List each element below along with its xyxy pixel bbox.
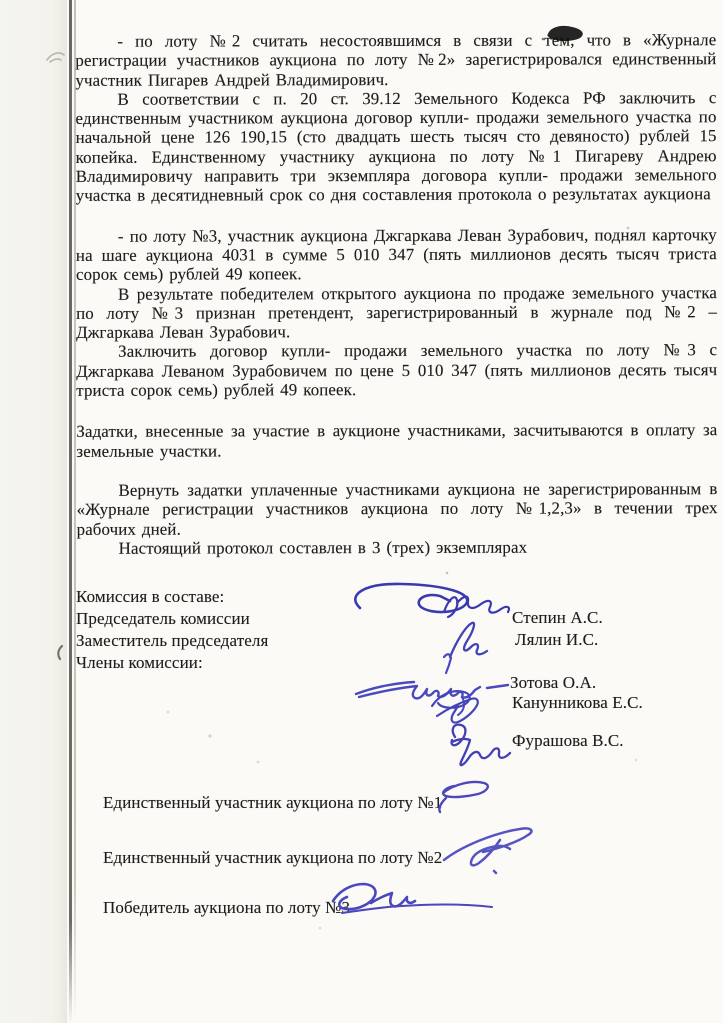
commission-member-zotova: Зотова О.А. [510,673,596,692]
scan-speck [208,734,211,737]
paragraph-lot3-winner: В результате победителем открытого аукци… [76,283,717,343]
scan-margin-strip [0,0,67,1023]
scanned-document-page: - по лоту №2 считать несостоявшимся в св… [0,0,723,1023]
commission-role-chairman: Председатель комиссии [76,609,250,628]
signature-lot3-underline [342,905,492,913]
signature-kanunnikova [432,691,478,722]
commission-member-stepin: Степин А.С. [512,608,603,627]
signature-line-lot3: Победитель аукциона по лоту №3 [103,898,350,917]
paragraph-deposits-return: Вернуть задатки уплаченные участниками а… [76,479,717,539]
signature-line-lot2: Единственный участник аукциона по лоту №… [103,848,442,867]
paragraph-lot3-contract: Заключить договор купли- продажи земельн… [76,341,717,401]
signature-line-lot1: Единственный участник аукциона по лоту №… [103,793,442,812]
signature-zotova-upper [444,654,451,673]
page-edge-line [69,0,72,1023]
signature-lot2-participant [444,828,531,873]
commission-member-furashova: Фурашова В.С. [512,731,624,750]
signature-zotova [356,682,508,698]
paragraph-lot3-bid: - по лоту №3, участник аукциона Джгаркав… [76,225,717,285]
scan-speck [319,927,322,930]
signature-lyalin [450,623,487,657]
scan-speck [446,572,449,575]
commission-role-deputy: Заместитель председателя [76,631,268,650]
paragraph-copies: Настоящий протокол составлен в 3 (трех) … [77,537,718,558]
commission-title: Комиссия в составе: [76,587,224,606]
commission-role-members: Члены комиссии: [76,653,203,672]
signature-stepin [355,584,467,612]
signature-lot1-participant [439,782,487,812]
signature-stepin-flourish [444,597,509,617]
signature-zotova-tail [458,697,464,715]
paragraph-deposits-counted: Задатки, внесенные за участие в аукционе… [76,421,717,461]
commission-member-lyalin: Лялин И.С. [515,630,598,649]
signature-furashova [452,725,510,766]
commission-member-kanunnikova: Канунникова Е.С. [512,693,643,712]
scan-speck [635,759,638,762]
scan-speck [257,761,260,764]
paragraph-lot2-failed: - по лоту №2 считать несостоявшимся в св… [75,30,716,90]
scan-speck [167,711,170,714]
document-body: - по лоту №2 считать несостоявшимся в св… [75,30,717,558]
paragraph-land-code: В соответствии с п. 20 ст. 39.12 Земельн… [75,88,716,205]
